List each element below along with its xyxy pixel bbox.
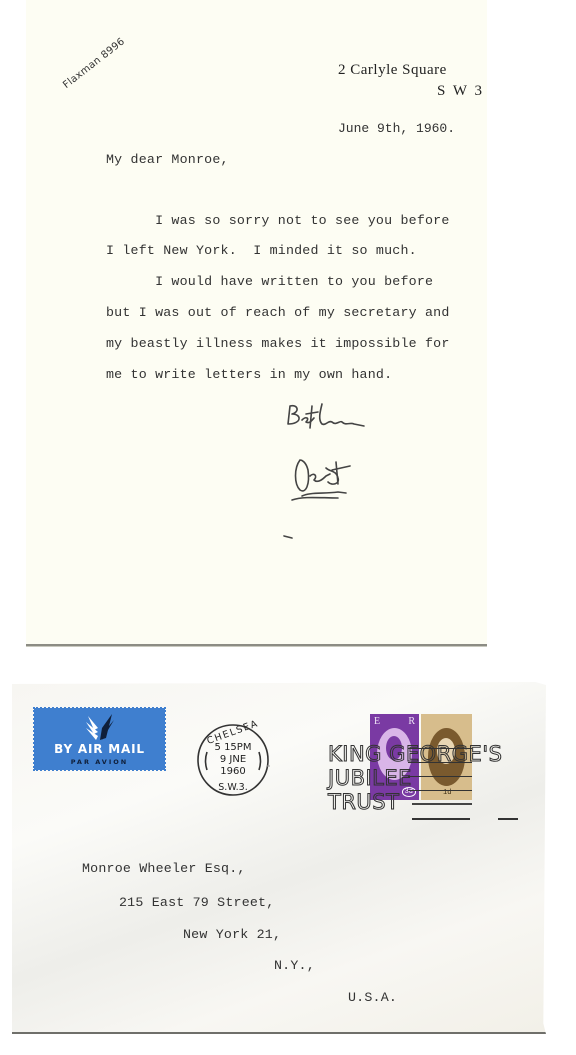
cancel-bar bbox=[408, 748, 472, 749]
airmail-label: BY AIR MAIL PAR AVION bbox=[34, 708, 165, 770]
stamp-cypher: E bbox=[374, 716, 380, 727]
postmark-time: 5 15PM bbox=[195, 742, 271, 754]
airmail-wings-icon bbox=[84, 714, 116, 742]
postmark-date: 9 JNE bbox=[195, 754, 271, 766]
cancel-bar bbox=[408, 776, 472, 777]
letter-body-line: my beastly illness makes it impossible f… bbox=[106, 336, 450, 351]
slogan-cancel-line-2: JUBILEE bbox=[328, 767, 412, 789]
postmark: CHELSEA 5 15PM 9 JNE 1960 S.W.3. bbox=[195, 722, 271, 798]
letterhead-address-street: 2 Carlyle Square bbox=[338, 62, 447, 79]
letter-body-line: but I was out of reach of my secretary a… bbox=[106, 305, 450, 320]
slogan-cancel-line-3: TRUST bbox=[328, 791, 399, 813]
handwritten-signature bbox=[280, 398, 380, 548]
cancel-bar bbox=[498, 818, 518, 820]
letter-page bbox=[26, 0, 487, 646]
cancel-bar bbox=[408, 790, 472, 791]
cancel-bar bbox=[412, 803, 472, 805]
postmark-district: S.W.3. bbox=[195, 782, 271, 794]
letter-body-line: I was so sorry not to see you before bbox=[106, 213, 450, 228]
letterhead-address-district: S W 3 bbox=[437, 83, 484, 100]
airmail-label-text: BY AIR MAIL bbox=[34, 742, 165, 756]
cancel-bar bbox=[412, 818, 470, 820]
postmark-year: 1960 bbox=[195, 766, 271, 778]
recipient-state: N.Y., bbox=[274, 958, 315, 973]
cancel-bar bbox=[408, 762, 472, 763]
letter-salutation: My dear Monroe, bbox=[106, 152, 229, 167]
recipient-street: 215 East 79 Street, bbox=[119, 895, 274, 910]
recipient-city: New York 21, bbox=[183, 927, 281, 942]
letter-body-line: me to write letters in my own hand. bbox=[106, 367, 392, 382]
recipient-country: U.S.A. bbox=[348, 990, 397, 1005]
letter-body-line: I would have written to you before bbox=[106, 274, 433, 289]
stamp-cypher: R bbox=[408, 716, 415, 727]
letter-body-line: I left New York. I minded it so much. bbox=[106, 243, 417, 258]
recipient-name: Monroe Wheeler Esq., bbox=[82, 861, 246, 876]
airmail-label-subtext: PAR AVION bbox=[34, 758, 165, 766]
letter-date: June 9th, 1960. bbox=[338, 121, 455, 136]
